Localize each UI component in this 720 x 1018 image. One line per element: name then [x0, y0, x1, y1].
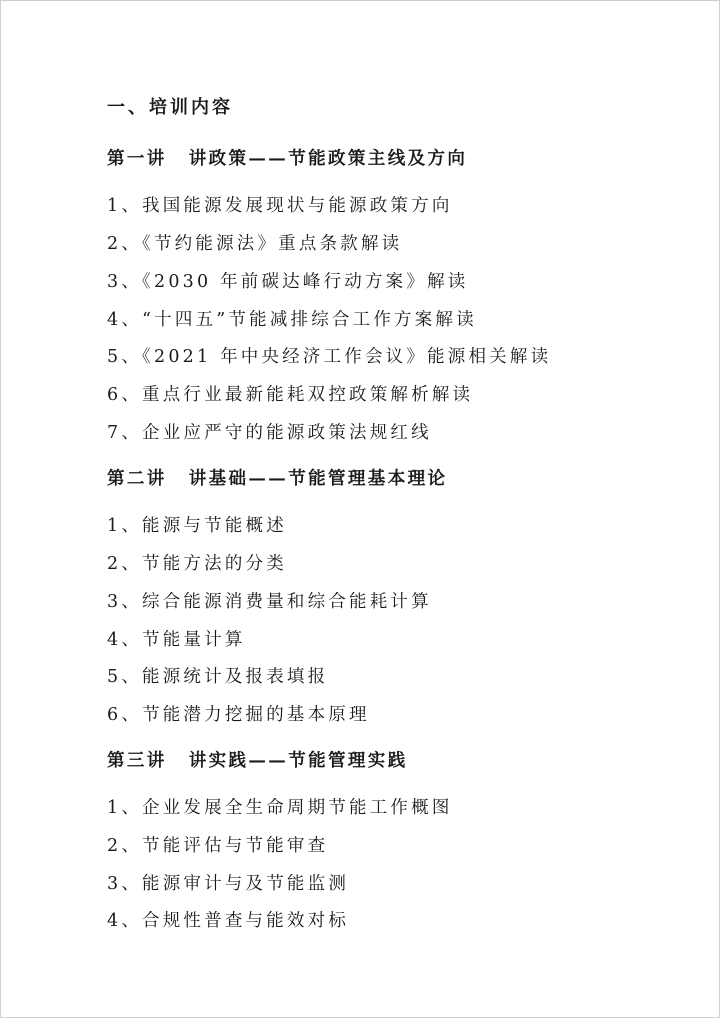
lecture-3-item-2: 2、节能评估与节能审查	[107, 835, 328, 857]
lecture-1-item-3: 3、《2030 年前碳达峰行动方案》解读	[107, 271, 468, 293]
lecture-3-title: 讲实践——节能管理实践	[189, 751, 408, 771]
lecture-3-item-4: 4、合规性普查与能效对标	[107, 910, 349, 932]
lecture-2-title: 讲基础——节能管理基本理论	[189, 469, 448, 489]
lecture-2-item-4: 4、节能量计算	[107, 629, 246, 651]
lecture-2-item-2: 2、节能方法的分类	[107, 553, 287, 575]
lecture-1-item-4: 4、“十四五”节能减排综合工作方案解读	[107, 309, 477, 331]
lecture-1-number: 第一讲	[107, 149, 167, 169]
lecture-1-item-6: 6、重点行业最新能耗双控政策解析解读	[107, 384, 473, 406]
lecture-3-item-3: 3、能源审计与及节能监测	[107, 873, 349, 895]
lecture-1-item-5: 5、《2021 年中央经济工作会议》能源相关解读	[107, 346, 551, 368]
lecture-2-number: 第二讲	[107, 469, 167, 489]
lecture-2-item-3: 3、综合能源消费量和综合能耗计算	[107, 591, 432, 613]
lecture-2-item-6: 6、节能潜力挖掘的基本原理	[107, 704, 370, 726]
lecture-3-heading: 第三讲讲实践——节能管理实践	[107, 750, 408, 772]
lecture-2-item-5: 5、能源统计及报表填报	[107, 666, 328, 688]
lecture-2-item-1: 1、能源与节能概述	[107, 515, 287, 537]
lecture-1-item-7: 7、企业应严守的能源政策法规红线	[107, 422, 432, 444]
lecture-1-item-1: 1、我国能源发展现状与能源政策方向	[107, 195, 453, 217]
section-title: 一、培训内容	[107, 97, 233, 119]
lecture-2-heading: 第二讲讲基础——节能管理基本理论	[107, 468, 447, 490]
lecture-1-title: 讲政策——节能政策主线及方向	[189, 149, 468, 169]
lecture-1-item-2: 2、《节约能源法》重点条款解读	[107, 233, 402, 255]
lecture-3-item-1: 1、企业发展全生命周期节能工作概图	[107, 797, 453, 819]
document-page: 一、培训内容 第一讲讲政策——节能政策主线及方向 1、我国能源发展现状与能源政策…	[0, 0, 720, 1018]
lecture-1-heading: 第一讲讲政策——节能政策主线及方向	[107, 148, 467, 170]
lecture-3-number: 第三讲	[107, 751, 167, 771]
